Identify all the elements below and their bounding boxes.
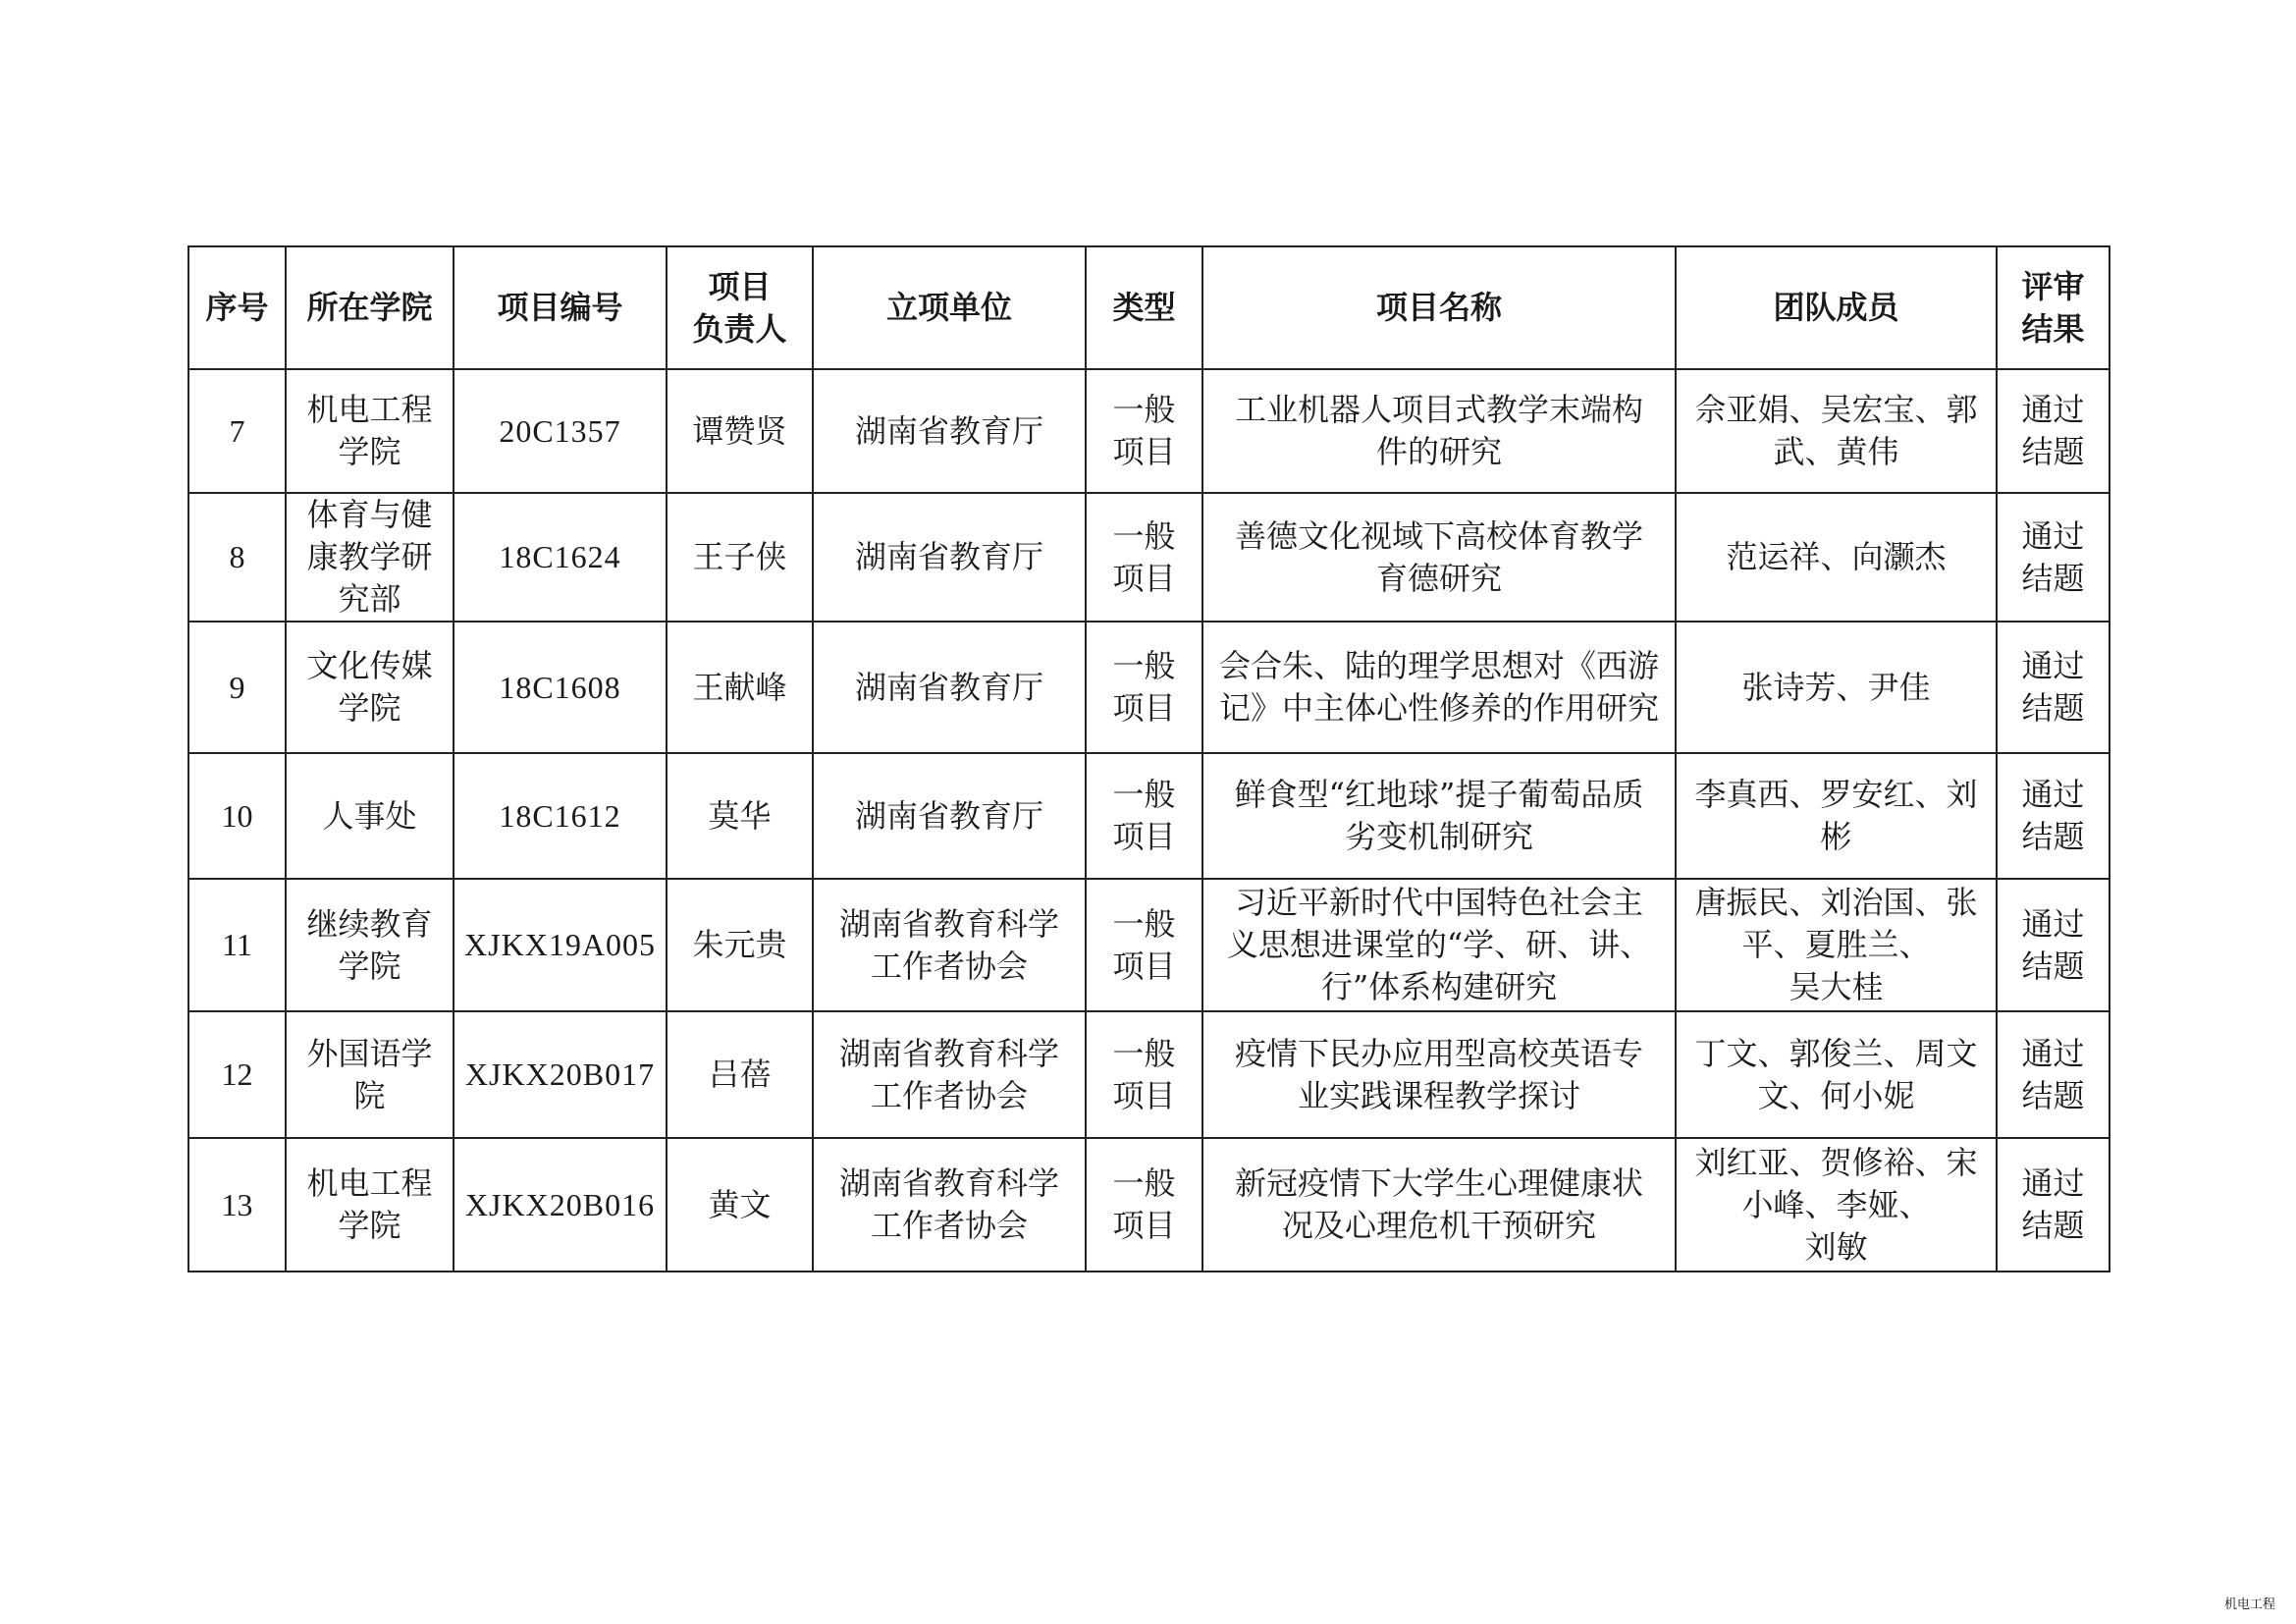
cell-result: 通过结题 [1997,879,2109,1011]
cell-type-line: 项目 [1095,1205,1194,1247]
table-row: 8体育与健康教学研究部18C1624王子侠湖南省教育厅一般项目善德文化视域下高校… [188,493,2109,622]
cell-type-line: 一般 [1095,1163,1194,1205]
cell-project-name-line: 习近平新时代中国特色社会主 [1211,882,1667,924]
cell-type-line: 一般 [1095,903,1194,946]
cell-leader: 朱元贵 [667,879,813,1011]
cell-team-members-line: 佘亚娟、吴宏宝、郭 [1684,389,1988,431]
cell-team-members: 佘亚娟、吴宏宝、郭武、黄伟 [1676,369,1997,493]
cell-type-line: 一般 [1095,1033,1194,1075]
cell-project-no: XJKX20B016 [454,1138,667,1272]
cell-team-members: 李真西、罗安红、刘彬 [1676,753,1997,879]
cell-unit-line: 工作者协会 [822,946,1077,988]
cell-team-members-line: 刘敏 [1684,1226,1988,1269]
cell-result-line: 通过 [2005,1163,2101,1205]
cell-type: 一般项目 [1086,1138,1202,1272]
cell-college: 外国语学院 [286,1011,454,1138]
cell-result: 通过结题 [1997,753,2109,879]
header-leader-line2: 负责人 [675,308,804,351]
header-name: 项目名称 [1202,246,1676,369]
header-leader-line1: 项目 [675,266,804,308]
cell-college-line: 学院 [294,687,445,730]
cell-project-name: 鲜食型“红地球”提子葡萄品质劣变机制研究 [1202,753,1676,879]
cell-college-line: 学院 [294,431,445,473]
cell-seq: 13 [188,1138,286,1272]
cell-type: 一般项目 [1086,1011,1202,1138]
cell-seq: 11 [188,879,286,1011]
cell-college: 文化传媒学院 [286,622,454,753]
cell-unit-line: 湖南省教育厅 [822,536,1077,578]
cell-project-name-line: 疫情下民办应用型高校英语专 [1211,1033,1667,1075]
cell-result-line: 通过 [2005,903,2101,946]
cell-team-members-line: 丁文、郭俊兰、周文 [1684,1033,1988,1075]
cell-seq: 12 [188,1011,286,1138]
cell-team-members-line: 文、何小妮 [1684,1075,1988,1117]
cell-team-members-line: 李真西、罗安红、刘 [1684,774,1988,816]
header-result-line1: 评审 [2005,266,2101,308]
cell-unit-line: 工作者协会 [822,1205,1077,1247]
cell-type: 一般项目 [1086,879,1202,1011]
cell-team-members: 刘红亚、贺修裕、宋小峰、李娅、刘敏 [1676,1138,1997,1272]
cell-unit-line: 湖南省教育科学 [822,1163,1077,1205]
table-row: 13机电工程学院XJKX20B016黄文湖南省教育科学工作者协会一般项目新冠疫情… [188,1138,2109,1272]
cell-type-line: 一般 [1095,645,1194,687]
cell-result: 通过结题 [1997,493,2109,622]
header-leader: 项目 负责人 [667,246,813,369]
results-table: 序号 所在学院 项目编号 项目 负责人 立项单位 类型 项目名称 团队成员 评审… [187,245,2110,1272]
cell-result-line: 结题 [2005,558,2101,600]
cell-type: 一般项目 [1086,369,1202,493]
table-row: 7机电工程学院20C1357谭赞贤湖南省教育厅一般项目工业机器人项目式教学末端构… [188,369,2109,493]
cell-project-no: 18C1608 [454,622,667,753]
cell-college-line: 人事处 [294,795,445,838]
cell-project-name-line: 新冠疫情下大学生心理健康状 [1211,1163,1667,1205]
cell-type-line: 项目 [1095,431,1194,473]
cell-result: 通过结题 [1997,1138,2109,1272]
cell-team-members-line: 范运祥、向灏杰 [1684,536,1988,578]
cell-leader: 王献峰 [667,622,813,753]
cell-type-line: 项目 [1095,558,1194,600]
cell-college: 体育与健康教学研究部 [286,493,454,622]
cell-type: 一般项目 [1086,493,1202,622]
cell-result-line: 结题 [2005,946,2101,988]
cell-team-members-line: 彬 [1684,816,1988,858]
header-seq: 序号 [188,246,286,369]
cell-college-line: 院 [294,1075,445,1117]
cell-project-name-line: 业实践课程教学探讨 [1211,1075,1667,1117]
cell-unit: 湖南省教育厅 [813,753,1086,879]
cell-seq: 8 [188,493,286,622]
header-team: 团队成员 [1676,246,1997,369]
cell-type-line: 项目 [1095,816,1194,858]
cell-team-members: 范运祥、向灏杰 [1676,493,1997,622]
cell-team-members-line: 小峰、李娅、 [1684,1184,1988,1226]
cell-type-line: 一般 [1095,389,1194,431]
cell-seq: 10 [188,753,286,879]
cell-project-name-line: 鲜食型“红地球”提子葡萄品质 [1211,774,1667,816]
cell-project-name-line: 工业机器人项目式教学末端构 [1211,389,1667,431]
cell-unit: 湖南省教育科学工作者协会 [813,1011,1086,1138]
cell-project-no: XJKX20B017 [454,1011,667,1138]
cell-team-members-line: 武、黄伟 [1684,431,1988,473]
cell-college-line: 体育与健 [294,494,445,536]
cell-result-line: 结题 [2005,1075,2101,1117]
cell-college-line: 学院 [294,1205,445,1247]
cell-project-name-line: 记》中主体心性修养的作用研究 [1211,687,1667,730]
cell-type: 一般项目 [1086,622,1202,753]
header-result: 评审 结果 [1997,246,2109,369]
cell-type-line: 一般 [1095,774,1194,816]
cell-project-no: 18C1624 [454,493,667,622]
cell-seq: 7 [188,369,286,493]
table-row: 9文化传媒学院18C1608王献峰湖南省教育厅一般项目会合朱、陆的理学思想对《西… [188,622,2109,753]
cell-result-line: 通过 [2005,1033,2101,1075]
cell-project-name: 会合朱、陆的理学思想对《西游记》中主体心性修养的作用研究 [1202,622,1676,753]
cell-project-name: 习近平新时代中国特色社会主义思想进课堂的“学、研、讲、行”体系构建研究 [1202,879,1676,1011]
cell-unit: 湖南省教育厅 [813,369,1086,493]
cell-project-name-line: 件的研究 [1211,431,1667,473]
table-row: 10人事处18C1612莫华湖南省教育厅一般项目鲜食型“红地球”提子葡萄品质劣变… [188,753,2109,879]
cell-college-line: 机电工程 [294,389,445,431]
cell-type-line: 项目 [1095,946,1194,988]
cell-team-members: 唐振民、刘治国、张平、夏胜兰、吴大桂 [1676,879,1997,1011]
table-row: 12外国语学院XJKX20B017吕蓓湖南省教育科学工作者协会一般项目疫情下民办… [188,1011,2109,1138]
cell-result: 通过结题 [1997,369,2109,493]
cell-project-name: 工业机器人项目式教学末端构件的研究 [1202,369,1676,493]
cell-team-members: 张诗芳、尹佳 [1676,622,1997,753]
cell-unit-line: 湖南省教育科学 [822,1033,1077,1075]
cell-unit-line: 湖南省教育科学 [822,903,1077,946]
cell-seq: 9 [188,622,286,753]
cell-college-line: 继续教育 [294,903,445,946]
header-college: 所在学院 [286,246,454,369]
cell-result: 通过结题 [1997,622,2109,753]
cell-leader: 黄文 [667,1138,813,1272]
cell-type-line: 一般 [1095,515,1194,558]
cell-team-members: 丁文、郭俊兰、周文文、何小妮 [1676,1011,1997,1138]
cell-college-line: 文化传媒 [294,645,445,687]
cell-project-no: 18C1612 [454,753,667,879]
cell-college-line: 外国语学 [294,1033,445,1075]
cell-result-line: 结题 [2005,431,2101,473]
cell-project-no: 20C1357 [454,369,667,493]
cell-result: 通过结题 [1997,1011,2109,1138]
cell-unit: 湖南省教育科学工作者协会 [813,1138,1086,1272]
cell-leader: 吕蓓 [667,1011,813,1138]
cell-project-name-line: 行”体系构建研究 [1211,966,1667,1008]
cell-project-name-line: 况及心理危机干预研究 [1211,1205,1667,1247]
cell-unit: 湖南省教育科学工作者协会 [813,879,1086,1011]
cell-result-line: 通过 [2005,774,2101,816]
header-type: 类型 [1086,246,1202,369]
cell-type: 一般项目 [1086,753,1202,879]
cell-leader: 莫华 [667,753,813,879]
cell-type-line: 项目 [1095,687,1194,730]
cell-unit: 湖南省教育厅 [813,493,1086,622]
cell-team-members-line: 吴大桂 [1684,966,1988,1008]
cell-college-line: 康教学研 [294,536,445,578]
cell-project-name-line: 义思想进课堂的“学、研、讲、 [1211,924,1667,966]
cell-project-no: XJKX19A005 [454,879,667,1011]
cell-college-line: 机电工程 [294,1163,445,1205]
header-unit: 立项单位 [813,246,1086,369]
cell-result-line: 结题 [2005,816,2101,858]
cell-result-line: 通过 [2005,515,2101,558]
cell-team-members-line: 唐振民、刘治国、张 [1684,882,1988,924]
cell-college-line: 学院 [294,946,445,988]
cell-project-name-line: 会合朱、陆的理学思想对《西游 [1211,645,1667,687]
cell-college: 人事处 [286,753,454,879]
cell-team-members-line: 张诗芳、尹佳 [1684,667,1988,709]
header-project-no: 项目编号 [454,246,667,369]
cell-project-name: 疫情下民办应用型高校英语专业实践课程教学探讨 [1202,1011,1676,1138]
cell-unit-line: 湖南省教育厅 [822,795,1077,838]
cell-unit-line: 工作者协会 [822,1075,1077,1117]
cell-project-name-line: 善德文化视域下高校体育教学 [1211,515,1667,558]
cell-unit-line: 湖南省教育厅 [822,667,1077,709]
cell-college-line: 究部 [294,578,445,621]
header-result-line2: 结果 [2005,308,2101,351]
cell-project-name: 善德文化视域下高校体育教学育德研究 [1202,493,1676,622]
cell-result-line: 通过 [2005,389,2101,431]
footer-label: 机电工程 [2224,1594,2275,1612]
table-row: 11继续教育学院XJKX19A005朱元贵湖南省教育科学工作者协会一般项目习近平… [188,879,2109,1011]
table-body: 7机电工程学院20C1357谭赞贤湖南省教育厅一般项目工业机器人项目式教学末端构… [188,369,2109,1272]
cell-unit: 湖南省教育厅 [813,622,1086,753]
cell-project-name: 新冠疫情下大学生心理健康状况及心理危机干预研究 [1202,1138,1676,1272]
cell-unit-line: 湖南省教育厅 [822,410,1077,453]
cell-leader: 王子侠 [667,493,813,622]
cell-type-line: 项目 [1095,1075,1194,1117]
cell-team-members-line: 刘红亚、贺修裕、宋 [1684,1142,1988,1184]
cell-team-members-line: 平、夏胜兰、 [1684,924,1988,966]
header-row: 序号 所在学院 项目编号 项目 负责人 立项单位 类型 项目名称 团队成员 评审… [188,246,2109,369]
cell-college: 机电工程学院 [286,369,454,493]
cell-project-name-line: 劣变机制研究 [1211,816,1667,858]
cell-college: 继续教育学院 [286,879,454,1011]
cell-leader: 谭赞贤 [667,369,813,493]
cell-college: 机电工程学院 [286,1138,454,1272]
cell-result-line: 结题 [2005,1205,2101,1247]
cell-result-line: 通过 [2005,645,2101,687]
cell-result-line: 结题 [2005,687,2101,730]
cell-project-name-line: 育德研究 [1211,558,1667,600]
